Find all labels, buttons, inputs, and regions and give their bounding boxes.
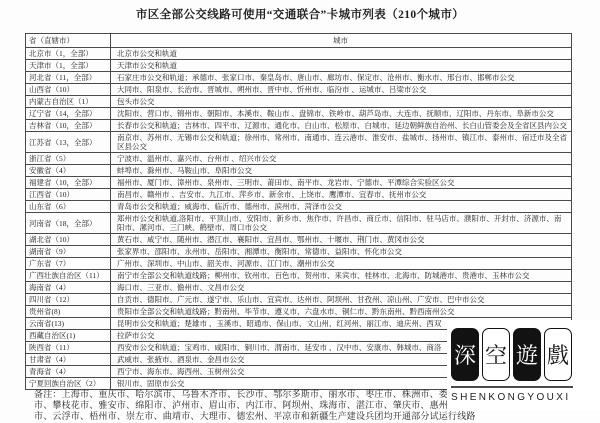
cities-cell: 青岛市公交和轨道；威海市、临沂市、德州市、滨州市、菏泽市公交 bbox=[111, 201, 572, 213]
cities-cell: 石家庄市公交和轨道；承德市、张家口市、秦皇岛市、唐山市、廊坊市、保定市、沧州市、… bbox=[111, 72, 572, 84]
province-cell: 云南省(13) bbox=[26, 318, 111, 330]
province-cell: 河北省（11，全部） bbox=[26, 72, 111, 84]
province-cell: 西藏自治区(1) bbox=[26, 330, 111, 342]
cities-cell: 贵阳市全部公交和轨道线路；黔南州、毕节市、遵义市、六盘水市、铜仁市、黔东南州、黔… bbox=[111, 306, 572, 318]
province-cell: 江苏省（13，全部） bbox=[26, 132, 111, 153]
table-row: 安徽省（4） 蚌埠市、滁州市、马鞍山市、阜阳市公交 bbox=[26, 165, 572, 177]
cities-cell: 包头市公交 bbox=[111, 96, 572, 108]
province-cell: 内蒙古自治区（1） bbox=[26, 96, 111, 108]
cities-cell: 张家界市、邵阳市、永州市、岳阳市、湘潭市、衡阳市、常德市、益阳市、怀化市公交 bbox=[111, 246, 572, 258]
table-row: 江苏省（13，全部） 南京市、苏州市、无锡市公交和轨道；徐州市、常州市、南通市、… bbox=[26, 132, 572, 153]
cities-cell: 黄石市、咸宁市、随州市、潜江市、襄阳市、宜昌市、鄂州市、十堰市、荆门市、黄冈市公… bbox=[111, 234, 572, 246]
cities-cell: 大同市、阳泉市、长治市、晋城市、朔州市、晋中市、忻州市、临汾市 、运城市、吕梁市… bbox=[111, 84, 572, 96]
province-cell: 湖南省（9） bbox=[26, 246, 111, 258]
province-cell: 海南省（4） bbox=[26, 282, 111, 294]
province-cell: 宁夏回族自治区（2） bbox=[26, 378, 111, 390]
province-cell: 湖北省（10） bbox=[26, 234, 111, 246]
cities-cell: 自贡市、德阳市、广元市、遂宁市、乐山市、宜宾市、达州市、阿坝州、甘孜州、凉山州、… bbox=[111, 294, 572, 306]
table-row: 山西省（10） 大同市、阳泉市、长治市、晋城市、朔州市、晋中市、忻州市、临汾市 … bbox=[26, 84, 572, 96]
table-row: 福建省（10，全部） 福州市、厦门市、漳州市、泉州市、三明市、莆田市、南平市、龙… bbox=[26, 177, 572, 189]
watermark-tile-shen: 深 bbox=[451, 328, 479, 381]
table-row: 辽宁省（14，全部） 沈阳市、营口市、锦州市、朝阳市、本溪市、鞍山市 、盘锦市、… bbox=[26, 108, 572, 120]
footnote: 备注：上海市、重庆市、哈尔滨市、乌鲁木齐市、长沙市、鄂尔多斯市、丽水市、枣庄市、… bbox=[34, 389, 476, 421]
table-row: 湖南省（9） 张家界市、邵阳市、永州市、岳阳市、湘潭市、衡阳市、常德市、益阳市、… bbox=[26, 246, 572, 258]
cities-cell: 沈阳市、营口市、锦州市、朝阳市、本溪市、鞍山市 、盘锦市、铁岭市、葫芦岛市、大连… bbox=[111, 108, 572, 120]
province-cell: 安徽省（4） bbox=[26, 165, 111, 177]
cities-cell: 天津市公交和轨道 bbox=[111, 60, 572, 72]
table-row: 北京市（1，全部） 北京市公交和轨道 bbox=[26, 48, 572, 60]
province-cell: 福建省（10，全部） bbox=[26, 177, 111, 189]
footnote-line-1: 备注：上海市、重庆市、哈尔滨市、乌鲁木齐市、长沙市、鄂尔多斯市、丽水市、枣庄市、… bbox=[34, 389, 476, 400]
table-row: 浙江省（5） 宁波市、温州市、嘉兴市、台州市 、绍兴市公交 bbox=[26, 153, 572, 165]
cities-cell: 南宁市全部公交和轨道线路；柳州市、钦州市、百色市、贺州市、来宾市、桂林市、北海市… bbox=[111, 270, 572, 282]
province-cell: 北京市（1，全部） bbox=[26, 48, 111, 60]
table-row: 江西省（10） 南昌市、赣州市 、吉安市、九江市、萍乡市、新余市、上饶市、鹰潭市… bbox=[26, 189, 572, 201]
watermark-tiles: 深 空 遊 戲 bbox=[447, 320, 600, 381]
table-row: 河北省（11，全部） 石家庄市公交和轨道；承德市、张家口市、秦皇岛市、唐山市、廊… bbox=[26, 72, 572, 84]
province-cell: 吉林省（10，全部） bbox=[26, 120, 111, 132]
province-cell: 广西壮族自治区（11） bbox=[26, 270, 111, 282]
cities-cell: 郑州市公交和轨道,洛阳市、平顶山市、安阳市、新乡市、焦作市、许昌市、商丘市、信阳… bbox=[111, 213, 572, 234]
cities-cell: 宁波市、温州市、嘉兴市、台州市 、绍兴市公交 bbox=[111, 153, 572, 165]
header-cities: 城市 bbox=[111, 34, 572, 48]
province-cell: 山西省（10） bbox=[26, 84, 111, 96]
table-row: 贵州省(8) 贵阳市全部公交和轨道线路；黔南州、毕节市、遵义市、六盘水市、铜仁市… bbox=[26, 306, 572, 318]
table-row: 天津市（1，全部） 天津市公交和轨道 bbox=[26, 60, 572, 72]
province-cell: 四川省（12） bbox=[26, 294, 111, 306]
province-cell: 贵州省(8) bbox=[26, 306, 111, 318]
cities-cell: 蚌埠市、滁州市、马鞍山市、阜阳市公交 bbox=[111, 165, 572, 177]
province-cell: 广东省（7） bbox=[26, 258, 111, 270]
watermark-tile-xi: 戲 bbox=[544, 328, 572, 381]
province-cell: 甘肃省（4） bbox=[26, 354, 111, 366]
page-title: 市区全部公交线路可使用“交通联合”卡城市列表（210个城市） bbox=[0, 6, 600, 22]
cities-cell: 北京市公交和轨道 bbox=[111, 48, 572, 60]
cities-cell: 福州市、厦门市、漳州市、泉州市、三明市、莆田市、南平市、龙岩市、宁德市、平潭综合… bbox=[111, 177, 572, 189]
footnote-line-3: 市、云浮市、梧州市、崇左市、曲靖市、大理市、德宏州、平凉市和新疆生产建设兵团均开… bbox=[34, 411, 476, 422]
table-row: 河南省（18，全部） 郑州市公交和轨道,洛阳市、平顶山市、安阳市、新乡市、焦作市… bbox=[26, 213, 572, 234]
cities-cell: 广州市、深圳市、中山市、韶关市、河源市、江门市、潮州市公交 bbox=[111, 258, 572, 270]
province-cell: 河南省（18，全部） bbox=[26, 213, 111, 234]
header-row: 省（直辖市） 城市 bbox=[26, 34, 572, 48]
province-cell: 陕西省（11） bbox=[26, 342, 111, 354]
footnote-line-2: 市、攀枝花市、雅安市、绵阳市、泸州市、眉山市、内江市、阿坝州、珠海市、湛江市、肇… bbox=[34, 400, 476, 411]
header-province: 省（直辖市） bbox=[26, 34, 111, 48]
watermark-tile-kong: 空 bbox=[482, 328, 510, 381]
watermark-divider bbox=[451, 386, 573, 388]
table-row: 吉林省（10，全部） 长春市公交和轨道；吉林市、四平市、辽源市、通化市、白山市、… bbox=[26, 120, 572, 132]
watermark-tile-you: 遊 bbox=[513, 328, 541, 381]
table-row: 湖北省（10） 黄石市、咸宁市、随州市、潜江市、襄阳市、宜昌市、鄂州市、十堰市、… bbox=[26, 234, 572, 246]
province-cell: 江西省（10） bbox=[26, 189, 111, 201]
province-cell: 辽宁省（14，全部） bbox=[26, 108, 111, 120]
table-row: 广东省（7） 广州市、深圳市、中山市、韶关市、河源市、江门市、潮州市公交 bbox=[26, 258, 572, 270]
cities-cell: 长春市公交和轨道；吉林市、四平市、辽源市、通化市、白山市、松原市、白城市、延边朝… bbox=[111, 120, 572, 132]
cities-cell: 南昌市、赣州市 、吉安市、九江市、萍乡市、新余市、上饶市、鹰潭市、宜春市、抚州市… bbox=[111, 189, 572, 201]
cities-cell: 南京市、苏州市、无锡市公交和轨道；徐州市、常州市、南通市、连云港市、淮安市、盐城… bbox=[111, 132, 572, 153]
province-cell: 天津市（1，全部） bbox=[26, 60, 111, 72]
cities-cell: 海口市、三亚市、儋州市、文昌市公交 bbox=[111, 282, 572, 294]
table-row: 广西壮族自治区（11） 南宁市全部公交和轨道线路；柳州市、钦州市、百色市、贺州市… bbox=[26, 270, 572, 282]
table-row: 海南省（4） 海口市、三亚市、儋州市、文昌市公交 bbox=[26, 282, 572, 294]
table-row: 四川省（12） 自贡市、德阳市、广元市、遂宁市、乐山市、宜宾市、达州市、阿坝州、… bbox=[26, 294, 572, 306]
watermark-caption: SHENKONGYOUXI bbox=[451, 392, 600, 403]
watermark: 深 空 遊 戲 SHENKONGYOUXI bbox=[447, 320, 600, 410]
table-row: 山东省（6） 青岛市公交和轨道；威海市、临沂市、德州市、滨州市、菏泽市公交 bbox=[26, 201, 572, 213]
province-cell: 山东省（6） bbox=[26, 201, 111, 213]
province-cell: 浙江省（5） bbox=[26, 153, 111, 165]
table-row: 内蒙古自治区（1） 包头市公交 bbox=[26, 96, 572, 108]
province-cell: 青海省（4） bbox=[26, 366, 111, 378]
